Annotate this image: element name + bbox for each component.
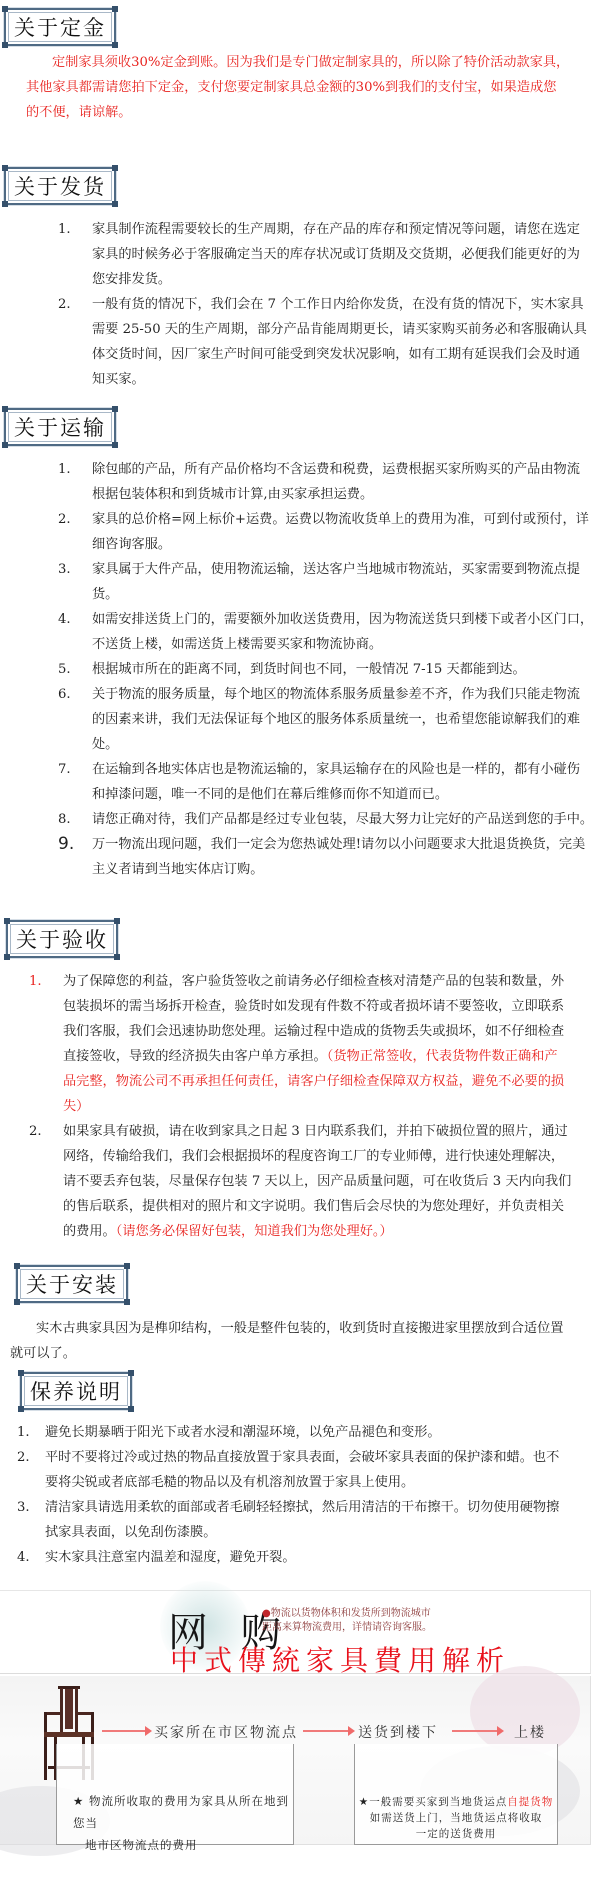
list-item: 7. 在运输到各地实体店也是物流运输的，家具运输存在的风险也是一样的，都有小碰伤…: [92, 757, 598, 807]
list-item: 3. 家具属于大件产品，使用物流运输，送达客户当地城市物流站，买家需要到物流点提…: [92, 557, 598, 607]
list-item: 2. 平时不要将过冷或过热的物品直接放置于家具表面，会破坏家具表面的保护漆和蜡。…: [45, 1445, 600, 1495]
flow-arrow-icon: [102, 1730, 146, 1732]
flow-arrow-icon: [303, 1730, 349, 1732]
list-item: 2. 一般有货的情况下，我们会在 7 个工作日内给你发货，在没有货的情况下，实木…: [92, 292, 598, 392]
care-list: 1. 避免长期暴晒于阳光下或者水浸和潮湿环境，以免产品褪色和变形。 2. 平时不…: [45, 1420, 600, 1570]
section-heading-deposit: 关于定金: [4, 8, 116, 46]
list-item: 1. 除包邮的产品，所有产品价格均不含运费和税费，运费根据买家所购买的产品由物流…: [92, 457, 598, 507]
banner-flow-area: 买家所在市区物流点 送货到楼下 上楼 ★ 物流所收取的费用为家具从所在地到您当 …: [0, 1676, 591, 1845]
list-item: 9. 万一物流出现问题，我们一定会为您热诚处理!请勿以小问题要求大批退货换货，完…: [92, 832, 598, 882]
shipping-list: 1. 家具制作流程需要较长的生产周期，存在产品的库存和预定情况等问题，请您在选定…: [92, 217, 598, 392]
list-item: 5. 根据城市所在的距离不同，到货时间也不同，一般情况 7-15 天都能到达。: [92, 657, 598, 682]
list-item: 1. 家具制作流程需要较长的生产周期，存在产品的库存和预定情况等问题，请您在选定…: [92, 217, 598, 292]
flow-step-1: 买家所在市区物流点: [154, 1722, 298, 1742]
section-heading-installation: 关于安装: [16, 1265, 128, 1303]
list-item: 1. 避免长期暴晒于阳光下或者水浸和潮湿环境，以免产品褪色和变形。: [45, 1420, 600, 1445]
section-heading-transport: 关于运输: [4, 408, 116, 446]
section-heading-inspection: 关于验收: [6, 920, 118, 958]
lotus-decoration: [470, 1666, 580, 1756]
transport-list: 1. 除包邮的产品，所有产品价格均不含运费和税费，运费根据买家所购买的产品由物流…: [92, 457, 598, 882]
banner-note: ●物流以货物体积和发货所到物流城市 距离来算物流费用，详情请咨询客服。: [262, 1607, 432, 1635]
flow-step-2: 送货到楼下: [358, 1722, 438, 1742]
banner-title: 中式傳統家具費用解析: [170, 1639, 510, 1679]
list-item: 2. 家具的总价格=网上标价+运费。运费以物流收货单上的费用为准，可到付或预付，…: [92, 507, 598, 557]
bullet-dot-icon: ●: [262, 1608, 271, 1619]
info-box-logistics: ★ 物流所收取的费用为家具从所在地到您当 地市区物流点的费用: [56, 1744, 294, 1845]
inspection-list: 1. 为了保障您的利益，客户验货签收之前请务必仔细检查核对清楚产品的包装和数量，…: [63, 969, 598, 1244]
banner-header: 网 购 ●物流以货物体积和发货所到物流城市 距离来算物流费用，详情请咨询客服。 …: [0, 1590, 591, 1674]
list-item: 6. 关于物流的服务质量，每个地区的物流体系服务质量参差不齐，作为我们只能走物流…: [92, 682, 598, 757]
flow-step-3: 上楼: [514, 1722, 546, 1742]
info-box-delivery: ★一般需要买家到当地货运点自提货物 如需送货上门，当地货运点将收取 一定的送货费…: [354, 1744, 558, 1845]
shipping-cost-banner: 网 购 ●物流以货物体积和发货所到物流城市 距离来算物流费用，详情请咨询客服。 …: [0, 1590, 590, 1845]
section-heading-shipping: 关于发货: [4, 167, 116, 205]
list-item: 2. 如果家具有破损，请在收到家具之日起 3 日内联系我们，并拍下破损位置的照片…: [63, 1119, 598, 1244]
list-item: 8. 请您正确对待，我们产品都是经过专业包装，尽最大努力让完好的产品送到您的手中…: [92, 807, 598, 832]
list-item: 4. 实木家具注意室内温差和湿度，避免开裂。: [45, 1545, 600, 1570]
installation-text: 实木古典家具因为是榫卯结构，一般是整件包装的，收到货时直接搬进家里摆放到合适位置…: [10, 1316, 595, 1366]
deposit-text: 定制家具须收30%定金到账。因为我们是专门做定制家具的，所以除了特价活动款家具，…: [26, 50, 596, 125]
list-item: 1. 为了保障您的利益，客户验货签收之前请务必仔细检查核对清楚产品的包装和数量，…: [63, 969, 598, 1119]
flow-arrow-icon: [452, 1730, 498, 1732]
section-heading-care: 保养说明: [20, 1372, 132, 1410]
list-item: 3. 清洁家具请选用柔软的面部或者毛刷轻轻擦拭，然后用清洁的干布擦干。切勿使用硬…: [45, 1495, 600, 1545]
list-item: 4. 如需安排送货上门的，需要额外加收送货费用，因为物流送货只到楼下或者小区门口…: [92, 607, 598, 657]
